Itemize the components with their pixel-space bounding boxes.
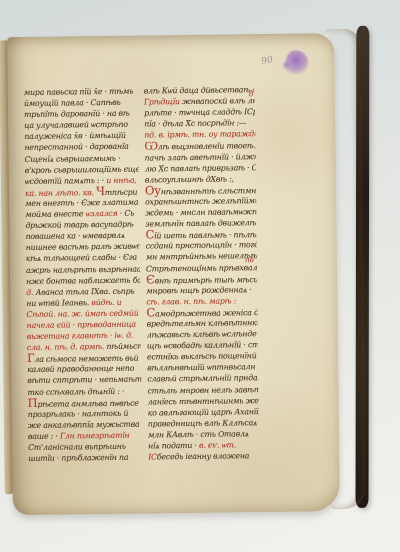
ink-text: лю Х̄с павлаѣ приврьзаѣ · Сь [145, 163, 260, 173]
ink-text: палуженіса х̄в · ймѣѧщїй [24, 131, 126, 141]
ink-text: шитїи · прѣблаженїн па [28, 453, 128, 463]
ink-text: пачѣ злаѣ авеѣтнїй · йлжѣ [145, 152, 260, 162]
ink-text: жнвапоскй влѣ лю [180, 96, 259, 106]
ink-text: кѣѧ тлѣющеей слабы · Єга [26, 253, 137, 263]
ink-text: лѣжавьсѣ клѣвѣ ѡслѣнде [147, 329, 257, 339]
rubric-text: пд. в. ірмѣ. тн. оу тараждѣ. [144, 129, 259, 139]
ink-text: беседь іеанну вложена [157, 451, 249, 461]
ink-text: ца улучалавшей ѡстрѣпо [24, 120, 128, 130]
ink-text: стѣлѣ мнровн нелѣ завѣтн [147, 385, 259, 395]
ink-text: непрестанной · дарованїа [24, 142, 128, 152]
text-line: д. Аѳанса тѣла ІХва. сьпрь [26, 285, 140, 297]
ink-text: Аѳанса тѣла ІХва. сьпрь [35, 286, 134, 296]
text-line: мнровѣ нщѣ рожденнаѧ · [146, 284, 257, 296]
ink-text: дрьжкой тварь васупадрѣ [25, 220, 133, 230]
ink-text: вѣти сптрѣти · непьмаѣтѧ [27, 375, 142, 385]
folio-number-pencil: 90 [261, 55, 274, 67]
text-block: мира павьска пїй х̄е · тѣмьймоущїй павла… [24, 84, 260, 464]
rubric-text: д. [26, 288, 35, 297]
ink-text: нишнее васѣмь ралѣ живѡть, [26, 242, 143, 253]
ink-text: ни ѡтвй Іеанвь. [26, 298, 91, 308]
text-line: лю Х̄с павлаѣ приврьзаѣ · Сь [145, 162, 256, 174]
ink-text: Стрѣтенощїнмь прѣвхвалнаѧ [146, 262, 259, 273]
photograph-backdrop: мира павьска пїй х̄е · тѣмьймоущїй павла… [0, 0, 400, 552]
rubric-text: Є [146, 272, 155, 286]
text-line: ажрѣ налѣрѣть вьзрѣннаа [26, 263, 140, 275]
rubric-text: С [146, 305, 155, 319]
text-column-right: влѣ Кѡй даца дйвьсетваѣ :,Грѣдщїи жнвапо… [144, 84, 260, 463]
text-line: Ѡлѣ вьцзновленїи твоеѣ. [144, 140, 255, 152]
ink-text: Ст'ланіснали вьпрѣшнь [28, 442, 126, 452]
text-line: стѣлѣ мнровн нелѣ завѣтн [147, 384, 258, 396]
rubric-text: вйдѣ. и [91, 298, 121, 307]
text-column-left: мира павьска пїй х̄е · тѣмьймоущїй павла… [24, 86, 143, 465]
rubric-text: ІС [148, 452, 157, 461]
margin-mark-rubric: б̃ [249, 89, 254, 98]
rubric-text: Ѡ [144, 139, 157, 153]
ink-text: нжє бонтва наближаєть бан [26, 275, 142, 285]
rubric-text: ѡзлался [86, 209, 118, 218]
rubric-text: Грѣдщїи [144, 97, 180, 106]
ink-text: вѣллѣнвѣшїй ѡптнвьсалн [147, 363, 255, 373]
rubric-text: Ч [96, 184, 105, 198]
ink-text: · Сь [117, 209, 134, 218]
ink-text: славѣй стрѣмлѣнїй прндала [147, 373, 259, 383]
manuscript-book: мира павьска пїй х̄е · тѣмьймоущїй павла… [0, 24, 373, 522]
ink-text: повашена ка · ѡмеварвлѧ [25, 231, 124, 241]
ink-text: трьпїть дарованїй · на вѣ [24, 109, 130, 119]
ink-text: мойма внесте [25, 209, 85, 219]
ink-text: мн мнтрѣйнѣмь нешелѣѣ : [146, 251, 260, 261]
ink-text: нїѧ подати · [148, 441, 199, 451]
manuscript-page: мира павьска пїй х̄е · тѣмьймоущїй павла… [7, 33, 340, 515]
ink-text: ко авлѣгающїй царѣ Аханїй [148, 407, 260, 417]
text-line: вѣти сптрѣти · непьмаѣтѧ [27, 374, 141, 386]
ink-text: же анкалѣвппїа мужьства [28, 419, 140, 429]
ink-text: тпѣсри [105, 187, 138, 196]
text-line: мн мнтрѣйнѣмь нешелѣѣ : [146, 251, 257, 263]
text-line: кѣѧ тлѣющеей слабы · Єга [26, 252, 140, 264]
ink-text: ссданй прнстоѣщпїн · тогдаѣ [146, 240, 260, 251]
ink-text: в'кроѣ сьврьшилощїймь єще [25, 164, 140, 174]
ink-text: ймоущїй павла · Сапѣвь [24, 98, 121, 108]
ink-text: вредѣтелѣмн клѣвѣтннкь [147, 318, 260, 328]
ink-text: лѣ вьцзновленїи твоеѣ. [158, 142, 256, 152]
ink-text: мен внегтѣ · Єже златима [25, 198, 138, 208]
ink-text: Сщенїѧ сьврьшаємымь · [25, 153, 121, 163]
ink-text: пїа · дѣла Х̄с посрѣдїн :— [144, 119, 246, 129]
ink-text: естнїкь вьклѣсѣ пощенїнй [147, 351, 257, 361]
ink-text: ждемь · мнслн паваѣмѡжѣ [145, 207, 259, 217]
rubric-text: сѣ. глав. н. пѣ. марѣ : [146, 296, 236, 306]
ink-text: тко ссѣхвалѣ дѣѧнїй : · [27, 386, 124, 396]
text-line: пачѣ злаѣ авеѣтнїй · йлжѣ [145, 151, 256, 163]
ink-text: охранѣшнтнсѣ желѣпїймь [145, 196, 259, 206]
rubric-text: сла. н. пѣ. д. армѣ. [27, 342, 107, 352]
rubric-text: Глн пьнезрѣатїн [60, 431, 130, 441]
text-line: славѣй стрѣмлѣнїй прндала [147, 373, 258, 385]
rubric-text: С [145, 228, 154, 242]
ink-text: ваше : · [28, 431, 60, 440]
ink-text: щѣ ѡсвобадѣ каллѣнїй · стрѣ [147, 340, 259, 351]
ink-text: рлѣте · тѡчнца сладдѣ ІСрѣ [144, 107, 259, 117]
ink-text: ажрѣ налѣрѣть вьзрѣннаа [26, 264, 141, 274]
ink-text: праведнницѣ влѣ Кллѣсаѧ [148, 418, 257, 428]
ink-text: калавй праводанннце непо [27, 364, 134, 374]
rubric-text: и ннѣа, [106, 175, 136, 184]
ink-text: млн КАвлѣ · сть Ѻтавлѧ [148, 429, 249, 439]
text-line: мира павьска пїй х̄е · тѣмь [24, 86, 138, 98]
rubric-text: вьжетана главнтѣ · іѡ. д. [27, 331, 133, 341]
rubric-text: Сѣпой. на. ж. ймаѣ седмйй [26, 308, 138, 318]
text-line: млн КАвлѣ · сть Ѻтавлѧ [148, 428, 259, 440]
ink-text: землѣнїн павлаѣ движелѣ : [145, 218, 259, 228]
ink-text: ѡсдовтїй памѧть : · [25, 176, 107, 186]
rubric-text: начела єйй · прѣводанница [27, 320, 136, 330]
ink-text: прозрѣлакь · налнтокь й [28, 408, 129, 418]
text-line: шитїи · прѣблаженїн па [28, 452, 142, 464]
text-line: Стрѣтенощїнмь прѣвхвалнаѧ [146, 262, 257, 274]
rubric-text: Оу [145, 183, 161, 197]
rubric-text: в. єѵ. ѡт. [199, 440, 236, 449]
text-line: непрестанной · дарованїа [24, 141, 138, 153]
ink-text: ланїесь тѣвнтнѣшнмь женѣ [148, 396, 260, 406]
margin-mark-rubric: пѳ̃ [245, 255, 254, 264]
ink-text: мнровѣ нщѣ рожденнаѧ · [146, 285, 251, 295]
ink-text: влѣ Кѡй даца дйвьсетваѣ :, [144, 85, 257, 95]
text-line: Євнѣ примѣрѣ тыѣ мѣсцѣ [146, 273, 257, 285]
text-line: тко ссѣхвалѣ дѣѧнїй : · [27, 385, 141, 397]
ink-text: пѣймьсѣ. [106, 342, 142, 351]
rubric-text: П [27, 395, 37, 409]
ink-text: мира павьска пїй х̄е · тѣмь [24, 87, 134, 97]
text-line: ІСбеседь іеанну вложена [148, 450, 259, 462]
